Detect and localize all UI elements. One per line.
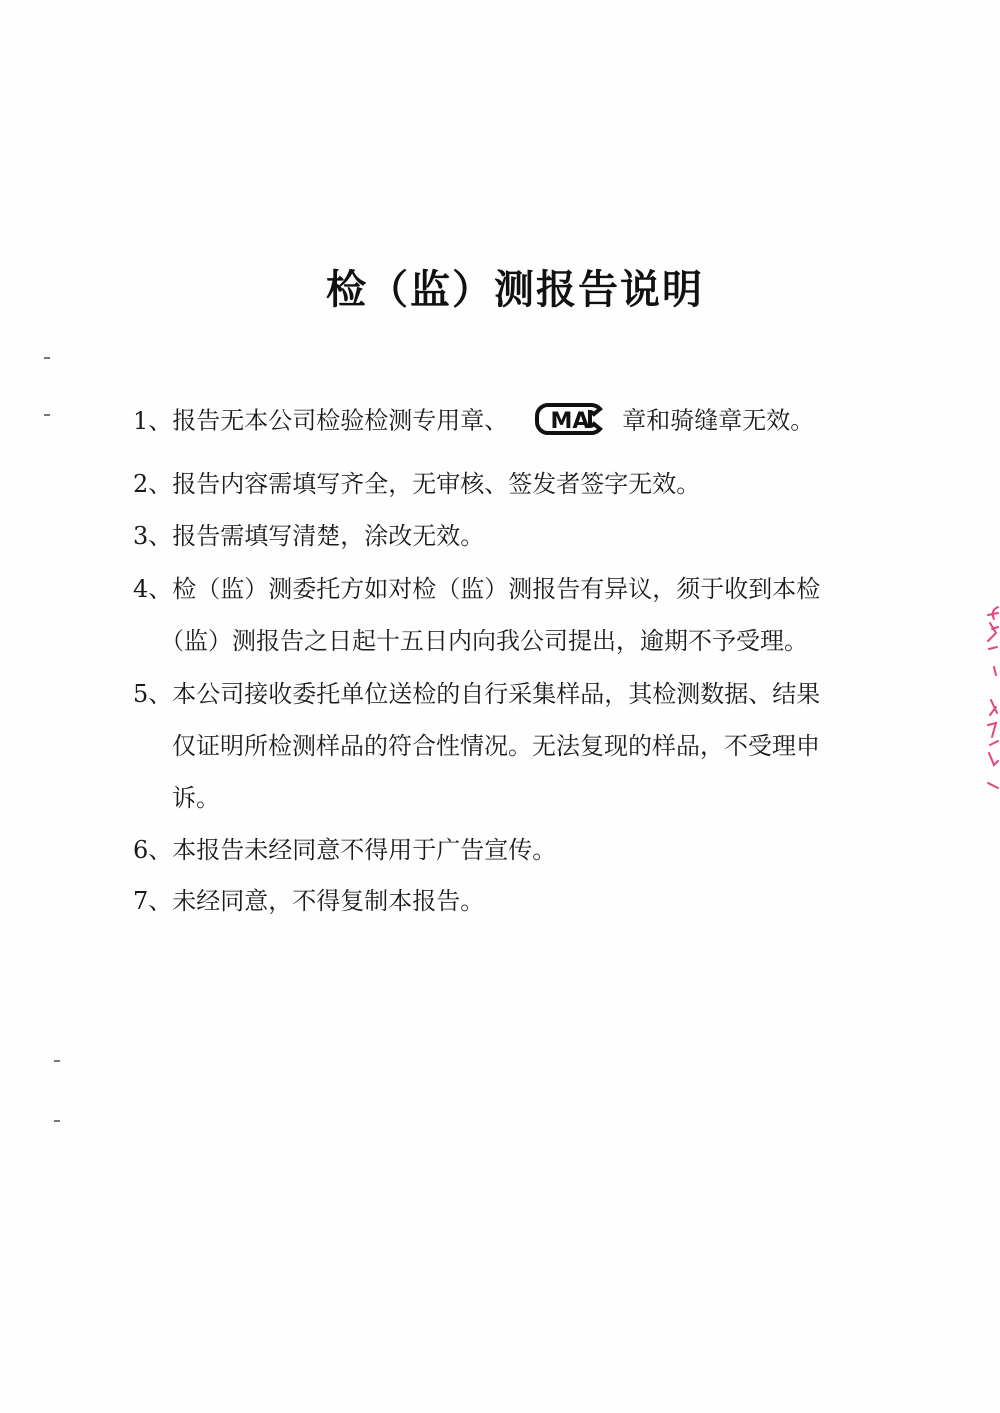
cma-logo-icon: MA	[534, 401, 604, 437]
item-text: 本报告未经同意不得用于广告宣传。	[172, 836, 556, 864]
item-text: 未经同意，不得复制本报告。	[172, 887, 484, 915]
list-item-4: 4、检（监）测委托方如对检（监）测报告有异议，须于收到本检	[133, 576, 820, 602]
item-number: 1、	[133, 408, 172, 434]
item-number: 3、	[133, 523, 172, 549]
item-text: 诉。	[172, 784, 220, 812]
item-text: 报告无本公司检验检测专用章、	[172, 407, 508, 435]
item-text: （监）测报告之日起十五日内向我公司提出，逾期不予受理。	[160, 627, 808, 655]
item-text: 仅证明所检测样品的符合性情况。无法复现的样品，不受理申	[172, 732, 820, 760]
list-item-3: 3、报告需填写清楚，涂改无效。	[133, 523, 484, 549]
scan-mark	[44, 414, 50, 416]
item-text: 章和骑缝章无效。	[622, 407, 814, 435]
list-item-1: 1、报告无本公司检验检测专用章、 MA 章和骑缝章无效。	[133, 404, 814, 440]
list-item-5-continuation: 诉。	[172, 785, 220, 811]
item-number: 5、	[133, 681, 172, 707]
item-text: 检（监）测委托方如对检（监）测报告有异议，须于收到本检	[172, 575, 820, 603]
scan-mark	[54, 1060, 60, 1062]
scan-mark	[54, 1120, 60, 1122]
item-number: 7、	[133, 888, 172, 914]
list-item-4-continuation: （监）测报告之日起十五日内向我公司提出，逾期不予受理。	[160, 628, 808, 654]
scan-mark	[44, 357, 50, 359]
list-item-5-continuation: 仅证明所检测样品的符合性情况。无法复现的样品，不受理申	[172, 733, 820, 759]
item-text: 本公司接收委托单位送检的自行采集样品，其检测数据、结果	[172, 680, 820, 708]
item-number: 2、	[133, 471, 172, 497]
item-text: 报告内容需填写齐全，无审核、签发者签字无效。	[172, 470, 700, 498]
list-item-2: 2、报告内容需填写齐全，无审核、签发者签字无效。	[133, 471, 700, 497]
red-seal-fragment-icon	[982, 605, 1000, 795]
item-number: 6、	[133, 837, 172, 863]
svg-text:MA: MA	[551, 409, 590, 434]
list-item-6: 6、本报告未经同意不得用于广告宣传。	[133, 837, 556, 863]
list-item-7: 7、未经同意，不得复制本报告。	[133, 888, 484, 914]
list-item-5: 5、本公司接收委托单位送检的自行采集样品，其检测数据、结果	[133, 681, 820, 707]
document-title: 检（监）测报告说明	[0, 258, 1000, 315]
item-number: 4、	[133, 576, 172, 602]
item-text: 报告需填写清楚，涂改无效。	[172, 522, 484, 550]
document-page: 检（监）测报告说明 1、报告无本公司检验检测专用章、 MA 章和骑缝章无效。 2…	[0, 0, 1000, 1413]
